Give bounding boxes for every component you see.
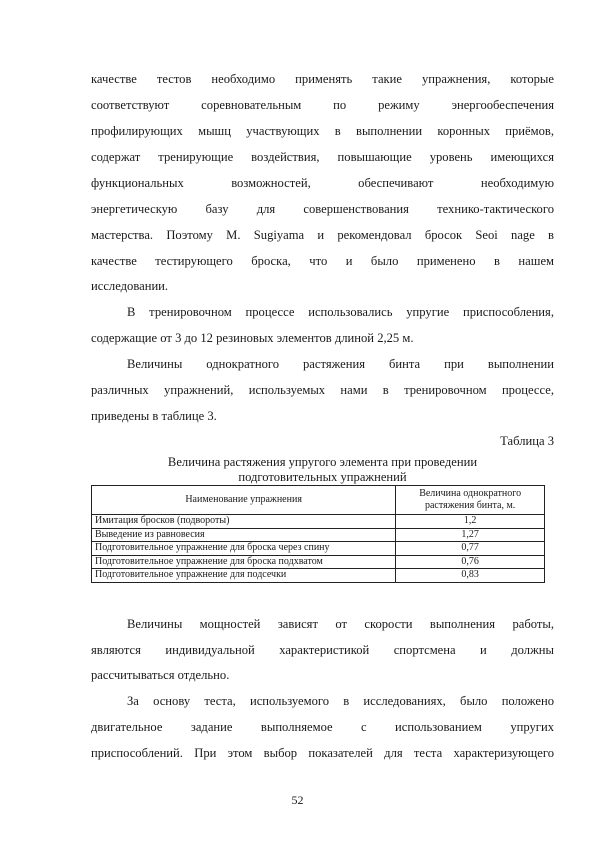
table-cell: Подготовительное упражнение для броска ч… [92,542,396,556]
table-cell: 0,76 [396,555,545,569]
table-cell: 1,27 [396,528,545,542]
data-table: Наименование упражнения Величина однокра… [91,485,545,583]
table-cell: Подготовительное упражнение для подсечки [92,569,396,583]
table-cell: Выведение из равновесия [92,528,396,542]
body-text-line: качестве тестов необходимо применять так… [91,72,554,86]
table-cell: 1,2 [396,515,545,529]
table-cell: 0,83 [396,569,545,583]
body-text-line: различных упражнений, используемых нами … [91,383,554,397]
table-row: Подготовительное упражнение для броска ч… [92,542,545,556]
body-text-line: содержащие от 3 до 12 резиновых элементо… [91,331,554,345]
body-text-line: Величины однократного растяжения бинта п… [91,357,554,371]
body-text-line: являются индивидуальной характеристикой … [91,643,554,657]
body-text-line: мастерства. Поэтому M. Sugiyama и рекоме… [91,228,554,242]
body-text-line: В тренировочном процессе использовались … [91,305,554,319]
table-caption: подготовительных упражнений [91,470,554,485]
page-number: 52 [0,793,595,808]
body-text-line: рассчитываться отдельно. [91,668,554,682]
body-text-line: энергетическую базу для совершенствовани… [91,202,554,216]
body-text-line: качестве тестирующего броска, что и было… [91,254,554,268]
body-text-line: профилирующих мышц участвующих в выполне… [91,124,554,138]
table-row: Подготовительное упражнение для броска п… [92,555,545,569]
column-header: Величина однократного растяжения бинта, … [396,486,545,515]
table-caption: Величина растяжения упругого элемента пр… [91,455,554,470]
table-header-row: Наименование упражнения Величина однокра… [92,486,545,515]
table-cell: Подготовительное упражнение для броска п… [92,555,396,569]
table-row: Имитация бросков (подвороты) 1,2 [92,515,545,529]
table-label: Таблица 3 [91,434,554,448]
table-row: Выведение из равновесия 1,27 [92,528,545,542]
column-header: Наименование упражнения [92,486,396,515]
body-text-line: содержат тренирующие воздействия, повыша… [91,150,554,164]
body-text-line: За основу теста, используемого в исследо… [91,694,554,708]
body-text-line: двигательное задание выполняемое с испол… [91,720,554,734]
table-row: Подготовительное упражнение для подсечки… [92,569,545,583]
body-text-line: функциональных возможностей, обеспечиваю… [91,176,554,190]
table-cell: Имитация бросков (подвороты) [92,515,396,529]
body-text-line: исследовании. [91,279,554,293]
body-text-line: приспособлений. При этом выбор показател… [91,746,554,760]
body-text-line: приведены в таблице 3. [91,409,554,423]
body-text-line: соответствуют соревновательным по режиму… [91,98,554,112]
table-cell: 0,77 [396,542,545,556]
body-text-line: Величины мощностей зависят от скорости в… [91,617,554,631]
